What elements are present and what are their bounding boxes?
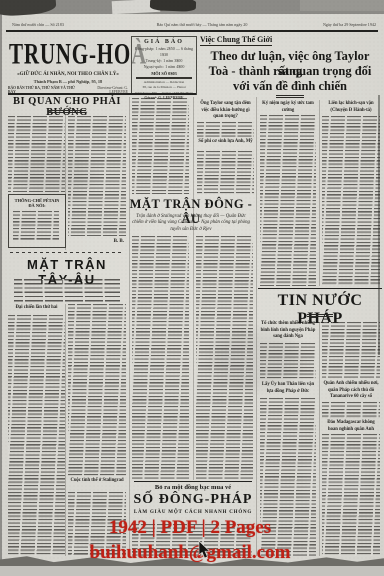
- column-rule: [129, 97, 130, 556]
- body-text-block: [322, 116, 380, 286]
- ad-top-rule: [134, 481, 252, 482]
- dateline-right: Ngày thứ ba 29 Septembre 1942: [282, 22, 376, 28]
- torn-top-strip-right: [300, 0, 384, 11]
- world-section-label: Việc Chung Thế Giới: [200, 35, 272, 46]
- price-per-issue: MỖI SỐ 0$03: [132, 71, 196, 76]
- body-text-block: [322, 322, 380, 379]
- left-story-headline: BI QUAN CHO PHẢI BƯỚNG: [8, 96, 126, 118]
- stalingrad-subhead: Cuộc tình thế ở Stalingrad: [68, 478, 126, 485]
- france-col2-subhead: Quân Anh chiếm nhiều nơi, quân Pháp cách…: [322, 381, 380, 401]
- body-text-block: [260, 115, 316, 286]
- petain-quote-box: THỐNG-CHẾ PÉTAIN ĐÃ NÓI:: [8, 194, 66, 248]
- price-box: GIÁ BÁO Đông-pháp: 1 năm 2$50 — 6 tháng …: [131, 36, 197, 95]
- watermark: 1942 | PDF | 2 Pages buihuuhanh@gmail.co…: [40, 517, 340, 564]
- world-headline-line3: với vấn đề đình chiến: [198, 79, 382, 94]
- mouse-cursor-icon: [198, 541, 213, 560]
- price-box-divider: [136, 77, 192, 79]
- body-text-block: [322, 402, 380, 418]
- east-front-deck: Trận đánh ở Stalingrad vẫn không thay đổ…: [130, 214, 252, 233]
- paper-stain: [300, 450, 370, 510]
- west-front-subhead: Đại chiến lần thứ hai: [8, 305, 65, 312]
- world-col3-subhead: Liên lạc khích-sạn vận (Chuyện Đ Hành-tá…: [322, 101, 380, 114]
- world-headline-line2: Toà - thành rất quan trọng đối: [198, 64, 382, 79]
- dateline-center: Báo Quí năm thứ mười bảy — Tháng tám năm…: [126, 22, 278, 28]
- paper-stain: [20, 150, 90, 200]
- paper-stain: [210, 330, 300, 390]
- watermark-line2: buihuuhanh@gmail.com: [40, 542, 340, 564]
- dateline-left: Năm thứ mười chín — Số 2183: [12, 22, 124, 28]
- masthead-address: Thành Phạm B — phố Nghiệp, 95, 18: [8, 79, 128, 84]
- france-headline-ornament: [307, 314, 333, 315]
- lottery-ad-line2: LÀM GIÀU MỘT CÁCH NHANH CHÓNG: [132, 510, 254, 515]
- left-story-signature: B. B.: [96, 239, 124, 244]
- scan-bottom-strip: [0, 566, 384, 576]
- world-col1-subhead2: Số phi cơ sinh lựa Anh, Mỹ: [197, 139, 254, 146]
- price-line: Đông-pháp: 1 năm 2$50 — 6 tháng 1$30: [132, 46, 196, 58]
- newspaper-scan-page: Năm thứ mười chín — Số 2183 Báo Quí năm …: [0, 0, 384, 576]
- world-headline-ornament: [276, 95, 304, 96]
- column-rule: [319, 100, 320, 286]
- watermark-line1: 1942 | PDF | 2 Pages: [40, 517, 340, 539]
- france-col2-subhead2: Đảo Madagascar không hoan nghinh quân An…: [322, 420, 380, 433]
- petain-box-title2: ĐÃ NÓI:: [9, 203, 65, 208]
- west-front-deck-block: [14, 279, 120, 302]
- body-text-block: [68, 304, 126, 476]
- body-text-block: [197, 122, 254, 137]
- column-rule: [193, 97, 194, 480]
- masthead-bottom-rule: [8, 93, 196, 95]
- lottery-ad-title: SỐ ĐÔNG-PHÁP: [132, 492, 254, 508]
- column-rule: [256, 97, 257, 556]
- section-dashes: [10, 252, 124, 253]
- top-rule: [6, 30, 378, 32]
- body-text-block: [197, 151, 254, 194]
- france-top-rule: [258, 288, 382, 289]
- body-text-block: [132, 98, 189, 194]
- masthead-title: TRUNG-HOÀ: [9, 37, 134, 71]
- body-text-block: [132, 236, 189, 480]
- torn-top-blotch-center: [150, 0, 196, 12]
- world-col1-subhead: Ông Taylor sang tận đêm việc điều khán-h…: [197, 101, 254, 121]
- lottery-ad-line1: Bỏ ra một đồng bạc mua vé: [132, 484, 254, 491]
- right-edge-shadow: [378, 95, 380, 355]
- left-story-ornament: [48, 110, 86, 111]
- body-text-block: [13, 211, 59, 241]
- price-box-title: GIÁ BÁO: [132, 39, 196, 45]
- world-col2-subhead: Kỷ niệm ngày ký ước tam cường: [260, 101, 316, 114]
- masthead-motto: «GIỮ ĐỨC ÁI NHÂN, NOI THEO CHÂN LÝ»: [8, 72, 128, 77]
